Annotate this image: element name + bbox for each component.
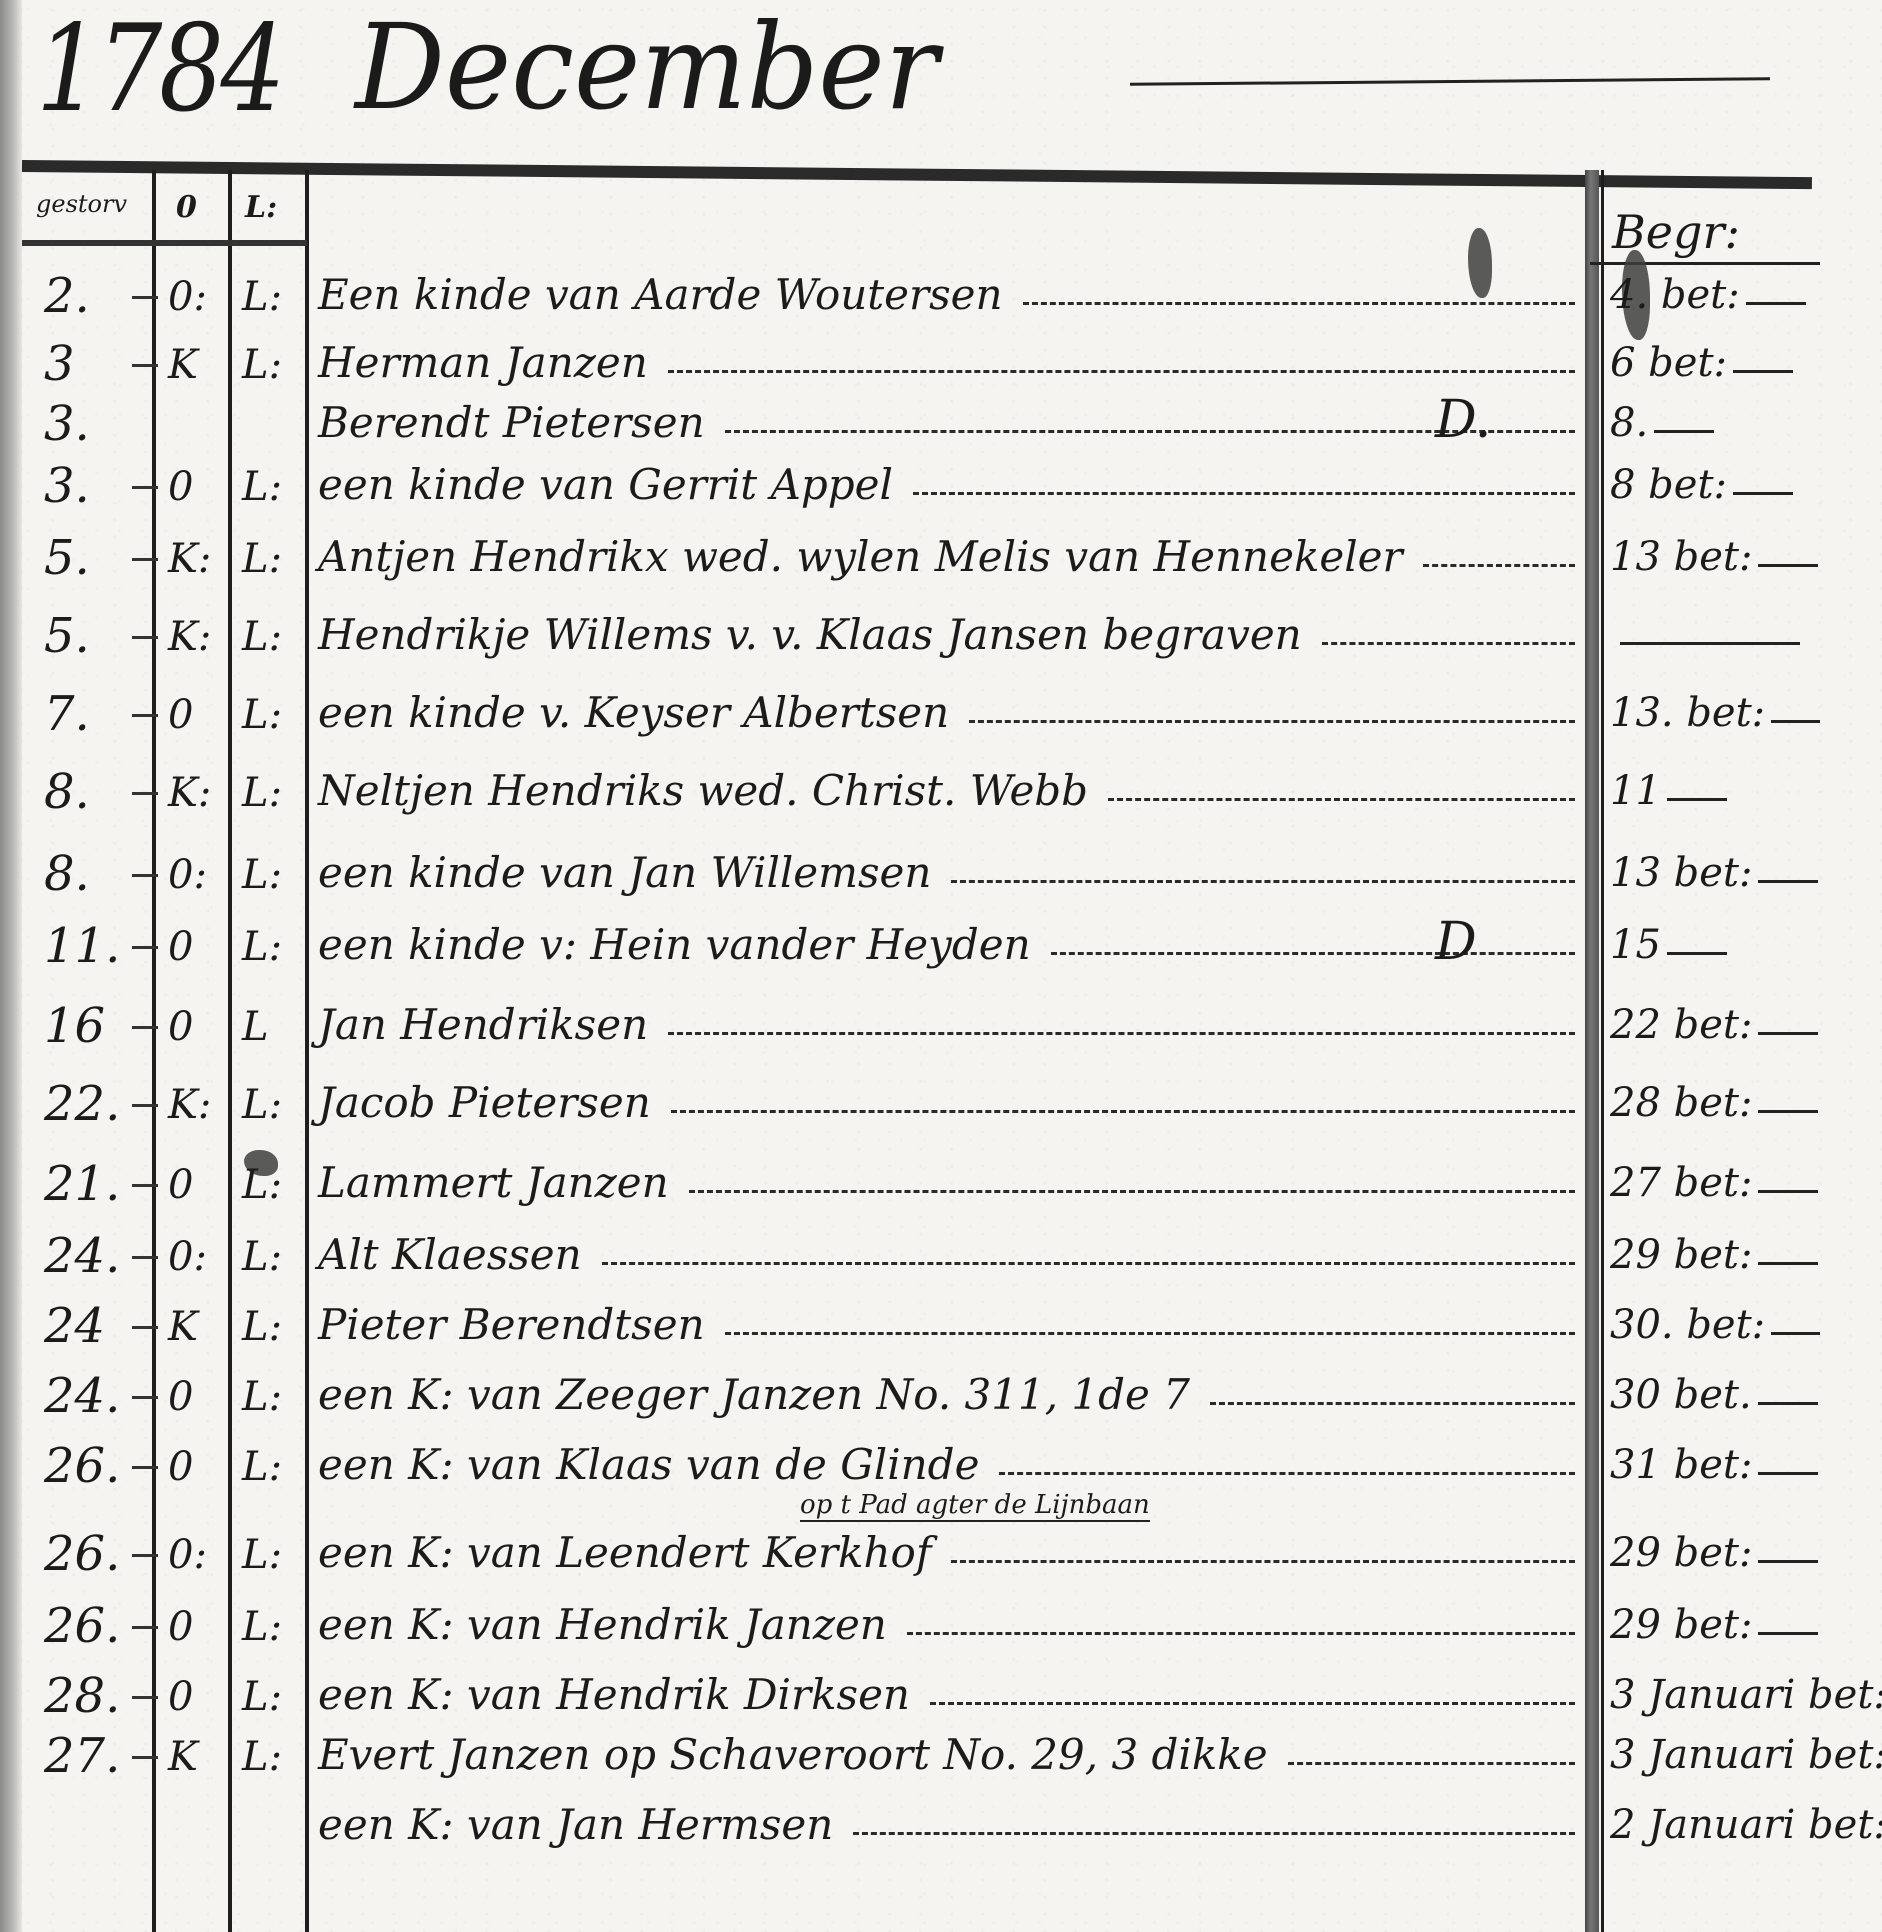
register-year: 1784 [36, 10, 282, 130]
burial-tail-stroke [1667, 798, 1727, 801]
age-class-marker: K [168, 1734, 198, 1780]
death-day: 16 [44, 998, 105, 1054]
deceased-name: een kinde v: Hein vander Heyden [318, 920, 1031, 969]
register-row: een K: van Jan Hermsen 2 Januari bet: [0, 1790, 1882, 1860]
title-underline [1130, 77, 1770, 86]
l-marker: L: [242, 1674, 282, 1720]
leader-dashes [1023, 302, 1575, 305]
death-day: 5. [44, 530, 90, 586]
margin-mark: D. [1435, 390, 1491, 450]
register-row: 11. 0 L: een kinde v: Hein vander Heyden… [0, 910, 1882, 980]
deceased-name: een K: van Hendrik Dirksen [318, 1670, 910, 1719]
death-day: 3. [44, 458, 90, 514]
burial-tail-stroke [1758, 1032, 1818, 1035]
burial-date: 27 bet: [1610, 1160, 1752, 1206]
deceased-name: Berendt Pietersen [318, 398, 705, 447]
burial-date: 22 bet: [1610, 1002, 1752, 1048]
age-class-marker: K: [168, 1082, 211, 1128]
burial-tail-stroke [1758, 880, 1818, 883]
register-row: 27. K L: Evert Janzen op Schaveroort No.… [0, 1720, 1882, 1790]
row-dash [132, 636, 158, 639]
l-marker: L: [242, 614, 282, 660]
deceased-name: Neltjen Hendriks wed. Christ. Webb [318, 766, 1088, 815]
leader-dashes [668, 370, 1575, 373]
burial-date: 3 Januari bet: [1610, 1732, 1882, 1778]
death-day: 22. [44, 1076, 120, 1132]
burial-date: 3 Januari bet: [1610, 1672, 1882, 1718]
row-dash [132, 486, 158, 489]
death-day: 28. [44, 1668, 120, 1724]
row-dash [132, 364, 158, 367]
register-row: 26. 0: L: een K: van Leendert Kerkhof 29… [0, 1518, 1882, 1588]
deceased-name: Jan Hendriksen [318, 1000, 648, 1049]
age-class-marker: K: [168, 614, 211, 660]
death-day: 26. [44, 1438, 120, 1494]
row-dash [132, 1104, 158, 1107]
age-class-marker: 0 [168, 1444, 193, 1490]
leader-dashes [853, 1832, 1575, 1835]
row-dash [132, 946, 158, 949]
burial-date: 2 Januari bet: [1610, 1802, 1882, 1848]
death-day: 26. [44, 1598, 120, 1654]
burial-date: 29 bet: [1610, 1602, 1752, 1648]
register-row: 8. 0: L: een kinde van Jan Willemsen 13 … [0, 838, 1882, 908]
age-class-marker: K [168, 1304, 198, 1350]
column-header-l: L: [245, 190, 277, 225]
deceased-name: Lammert Janzen [318, 1158, 669, 1207]
age-class-marker: K: [168, 770, 211, 816]
register-row: 5. K: L: Antjen Hendrikx wed. wylen Meli… [0, 522, 1882, 592]
register-row: 2. 0: L: Een kinde van Aarde Woutersen 4… [0, 260, 1882, 330]
deceased-name: een K: van Klaas van de Glinde [318, 1440, 979, 1489]
leader-dashes [1322, 642, 1575, 645]
column-header-o: 0 [176, 190, 197, 225]
age-class-marker: 0 [168, 1674, 193, 1720]
burial-date: 30. bet: [1610, 1302, 1765, 1348]
row-dash [132, 714, 158, 717]
death-day: 24. [44, 1368, 120, 1424]
death-day: 24. [44, 1228, 120, 1284]
deceased-name: Pieter Berendtsen [318, 1300, 705, 1349]
leader-dashes [999, 1472, 1575, 1475]
leader-dashes [602, 1262, 1575, 1265]
l-marker: L: [242, 852, 282, 898]
burial-tail-stroke [1758, 1472, 1818, 1475]
row-dash [132, 1026, 158, 1029]
leader-dashes [725, 1332, 1575, 1335]
register-row: 24. 0: L: Alt Klaessen 29 bet: [0, 1220, 1882, 1290]
leader-dashes [913, 492, 1575, 495]
deceased-name: een K: van Hendrik Janzen [318, 1600, 887, 1649]
deceased-name: een K: van Zeeger Janzen No. 311, 1de 7 [318, 1370, 1190, 1419]
leader-dashes [951, 1560, 1575, 1563]
row-dash [132, 792, 158, 795]
death-day: 5. [44, 608, 90, 664]
deceased-name: een K: van Jan Hermsen [318, 1800, 833, 1849]
row-dash [132, 1696, 158, 1699]
burial-date: 13 bet: [1610, 534, 1752, 580]
l-marker: L: [242, 924, 282, 970]
row-dash [132, 296, 158, 299]
deceased-name: een kinde v. Keyser Albertsen [318, 688, 949, 737]
burial-tail-stroke [1733, 492, 1793, 495]
row-dash [132, 1184, 158, 1187]
burial-tail-stroke [1758, 1402, 1818, 1405]
burial-date: 8. [1610, 400, 1648, 446]
l-marker: L: [242, 1734, 282, 1780]
deceased-name: Evert Janzen op Schaveroort No. 29, 3 di… [318, 1730, 1268, 1779]
register-row: 5. K: L: Hendrikje Willems v. v. Klaas J… [0, 600, 1882, 670]
header-divider [22, 160, 1812, 189]
register-month: December [355, 8, 938, 126]
burial-date: 30 bet. [1610, 1372, 1752, 1418]
age-class-marker: 0 [168, 464, 193, 510]
burial-date: 8 bet: [1610, 462, 1727, 508]
register-row: 22. K: L: Jacob Pietersen 28 bet: [0, 1068, 1882, 1138]
burial-tail-stroke [1667, 952, 1727, 955]
burial-date: 11 [1610, 768, 1661, 814]
death-day: 11. [44, 918, 120, 974]
deceased-name: Alt Klaessen [318, 1230, 582, 1279]
burial-tail-stroke [1771, 1332, 1820, 1335]
l-marker: L: [242, 1374, 282, 1420]
burial-tail-stroke [1746, 302, 1806, 305]
leader-dashes [689, 1190, 1575, 1193]
burial-tail-stroke [1758, 1262, 1818, 1265]
death-day: 27. [44, 1728, 120, 1784]
register-row: 24 K L: Pieter Berendtsen 30. bet: [0, 1290, 1882, 1360]
leader-dashes [1210, 1402, 1575, 1405]
register-row: 16 0 L Jan Hendriksen 22 bet: [0, 990, 1882, 1060]
l-marker: L: [242, 1082, 282, 1128]
burial-date: 31 bet: [1610, 1442, 1752, 1488]
leader-dashes [1423, 564, 1575, 567]
row-dash [132, 558, 158, 561]
burial-tail-stroke [1758, 1110, 1818, 1113]
register-row: 24. 0 L: een K: van Zeeger Janzen No. 31… [0, 1360, 1882, 1430]
register-row: 3. 0 L: een kinde van Gerrit Appel 8 bet… [0, 450, 1882, 520]
deceased-name: Antjen Hendrikx wed. wylen Melis van Hen… [318, 532, 1403, 581]
death-day: 8. [44, 764, 90, 820]
death-day: 3. [44, 396, 90, 452]
deceased-name: een kinde van Jan Willemsen [318, 848, 931, 897]
burial-tail-stroke [1620, 642, 1800, 645]
row-dash [132, 1626, 158, 1629]
row-dash [132, 1396, 158, 1399]
l-marker: L [242, 1004, 269, 1050]
death-day: 26. [44, 1526, 120, 1582]
burial-date: 13 bet: [1610, 850, 1752, 896]
burial-date: 13. bet: [1610, 690, 1765, 736]
death-day: 3 [44, 336, 75, 392]
death-day: 8. [44, 846, 90, 902]
row-dash [132, 1756, 158, 1759]
burial-date: 15 [1610, 922, 1661, 968]
l-marker: L: [242, 692, 282, 738]
burial-date: 29 bet: [1610, 1232, 1752, 1278]
l-marker: L: [242, 1604, 282, 1650]
row-dash [132, 1256, 158, 1259]
burial-date: 29 bet: [1610, 1530, 1752, 1576]
burial-date: 4. bet: [1610, 272, 1740, 318]
l-marker: L: [242, 1234, 282, 1280]
l-marker: L: [242, 1162, 282, 1208]
l-marker: L: [242, 536, 282, 582]
l-marker: L: [242, 770, 282, 816]
leader-dashes [969, 720, 1575, 723]
row-dash [132, 1466, 158, 1469]
leader-dashes [671, 1110, 1575, 1113]
leader-dashes [907, 1632, 1575, 1635]
age-class-marker: 0 [168, 1162, 193, 1208]
l-marker: L: [242, 342, 282, 388]
burial-tail-stroke [1758, 1190, 1818, 1193]
burial-tail-stroke [1771, 720, 1820, 723]
age-class-marker: 0 [168, 692, 193, 738]
l-marker: L: [242, 1532, 282, 1578]
margin-mark: D [1435, 912, 1477, 972]
burial-tail-stroke [1654, 430, 1714, 433]
leader-dashes [668, 1032, 1575, 1035]
burial-date: 6 bet: [1610, 340, 1727, 386]
leader-dashes [930, 1702, 1575, 1705]
l-marker: L: [242, 1444, 282, 1490]
leader-dashes [951, 880, 1575, 883]
deceased-name: Herman Janzen [318, 338, 648, 387]
age-class-marker: 0: [168, 1532, 207, 1578]
death-day: 2. [44, 268, 90, 324]
l-marker: L: [242, 464, 282, 510]
age-class-marker: 0 [168, 1004, 193, 1050]
burial-date: 28 bet: [1610, 1080, 1752, 1126]
row-dash [132, 1326, 158, 1329]
age-class-marker: K: [168, 536, 211, 582]
register-row: 7. 0 L: een kinde v. Keyser Albertsen 13… [0, 678, 1882, 748]
l-marker: L: [242, 274, 282, 320]
row-dash [132, 1554, 158, 1557]
register-row: 26. 0 L: een K: van Hendrik Janzen 29 be… [0, 1590, 1882, 1660]
burial-tail-stroke [1758, 1560, 1818, 1563]
l-marker: L: [242, 1304, 282, 1350]
leader-dashes [1108, 798, 1575, 801]
deceased-name: Hendrikje Willems v. v. Klaas Jansen beg… [318, 610, 1302, 659]
leader-dashes [1288, 1762, 1575, 1765]
register-row: 8. K: L: Neltjen Hendriks wed. Christ. W… [0, 756, 1882, 826]
deceased-name: Jacob Pietersen [318, 1078, 651, 1127]
deceased-name: een kinde van Gerrit Appel [318, 460, 893, 509]
burial-tail-stroke [1758, 564, 1818, 567]
age-class-marker: 0: [168, 852, 207, 898]
burial-tail-stroke [1758, 1632, 1818, 1635]
deceased-name: een K: van Leendert Kerkhof [318, 1528, 931, 1577]
age-class-marker: 0 [168, 1374, 193, 1420]
register-page: 1784 December gestorv 0 L: Begr: 2. 0: L… [0, 0, 1882, 1932]
register-row: 3. Berendt Pietersen D. 8. [0, 388, 1882, 458]
age-class-marker: 0: [168, 1234, 207, 1280]
column-header-died: gestorv [36, 190, 127, 218]
age-class-marker: 0 [168, 1604, 193, 1650]
age-class-marker: 0: [168, 274, 207, 320]
row-dash [132, 874, 158, 877]
register-row: 26. 0 L: een K: van Klaas van de Glinde … [0, 1430, 1882, 1500]
column-header-rule [22, 240, 307, 246]
burial-tail-stroke [1733, 370, 1793, 373]
leader-dashes [1051, 952, 1575, 955]
death-day: 24 [44, 1298, 105, 1354]
register-row: 21. 0 L: Lammert Janzen 27 bet: [0, 1148, 1882, 1218]
death-day: 7. [44, 686, 90, 742]
death-day: 21. [44, 1156, 120, 1212]
age-class-marker: K [168, 342, 198, 388]
deceased-name: Een kinde van Aarde Woutersen [318, 270, 1003, 319]
age-class-marker: 0 [168, 924, 193, 970]
